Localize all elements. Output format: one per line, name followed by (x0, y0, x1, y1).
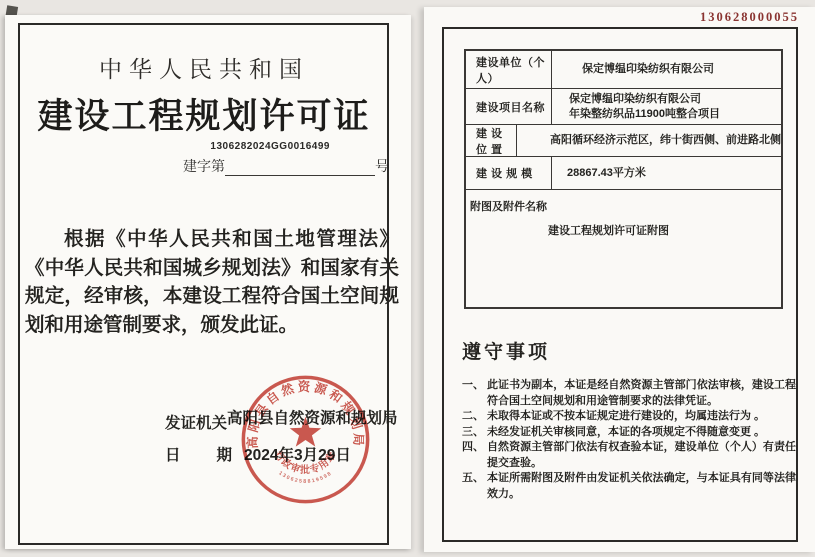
note-number: 一、 (462, 378, 484, 394)
permit-detail-page: 130628000055 建设单位（个人） 保定博缊印染纺织有限公司 建设项目名… (424, 7, 815, 552)
compliance-notes-list: 一、 此证书为副本，本证是经自然资源主管部门依法审核，建设工程符合国土空间规划和… (462, 378, 796, 502)
table-row: 建 设 规 模 28867.43平方米 (466, 157, 781, 190)
official-seal: 高阳县自然资源和规划局 行政审批专用章 1306258819598 (233, 367, 378, 512)
page-serial-number: 130628000055 (700, 10, 799, 25)
row-label: 建 设 位 置 (466, 125, 517, 156)
table-row: 建设项目名称 保定博缊印染纺织有限公司 年染整纺织品11900吨整合项目 (466, 89, 781, 125)
scanned-permit-document: 中华人民共和国 建设工程规划许可证 1306282024GG0016499 建字… (0, 0, 815, 557)
number-blank-underline (225, 162, 375, 176)
note-item: 三、 未经发证机关审核同意，本证的各项规定不得随意变更 。 (462, 425, 796, 441)
note-item: 四、 自然资源主管部门依法有权查验本证，建设单位（个人）有责任提交查验。 (462, 440, 796, 471)
country-title: 中华人民共和国 (18, 51, 390, 84)
table-row: 建 设 位 置 高阳循环经济示范区，纬十街西侧、前进路北侧 (466, 125, 781, 157)
note-item: 五、 本证所需附图及附件由发证机关依法确定，与本证具有同等法律效力。 (462, 471, 796, 502)
row-value: 保定博缊印染纺织有限公司 (582, 62, 781, 77)
note-text: 自然资源主管部门依法有权查验本证，建设单位（个人）有责任提交查验。 (487, 441, 796, 469)
info-table: 建设单位（个人） 保定博缊印染纺织有限公司 建设项目名称 保定博缊印染纺织有限公… (464, 49, 783, 309)
certificate-title: 建设工程规划许可证 (18, 89, 390, 139)
row-value-line2: 年染整纺织品11900吨整合项目 (569, 107, 781, 122)
number-prefix: 建字第 (183, 160, 225, 175)
issuer-label: 发证机关 (165, 415, 227, 432)
compliance-notes-title: 遵守事项 (462, 337, 550, 364)
row-label: 建设单位（个人） (466, 51, 552, 88)
note-text: 未经发证机关审核同意，本证的各项规定不得随意变更 。 (487, 426, 765, 438)
note-item: 一、 此证书为副本，本证是经自然资源主管部门依法审核，建设工程符合国土空间规划和… (462, 378, 796, 409)
row-value: 保定博缊印染纺织有限公司 (569, 92, 781, 107)
attachment-label: 附图及附件名称 (470, 198, 547, 214)
attachment-value: 建设工程规划许可证附图 (548, 222, 669, 238)
certificate-body-paragraph: 根据《中华人民共和国土地管理法》《中华人民共和国城乡规划法》和国家有关规定，经审… (25, 225, 399, 339)
permit-cover-page: 中华人民共和国 建设工程规划许可证 1306282024GG0016499 建字… (5, 15, 411, 549)
date-label-right: 期 (217, 447, 233, 464)
row-label: 建设项目名称 (466, 89, 552, 124)
row-value: 高阳循环经济示范区，纬十街西侧、前进路北侧 (550, 133, 781, 148)
note-item: 二、 未取得本证或不按本证规定进行建设的，均属违法行为 。 (462, 409, 796, 425)
attachment-section: 附图及附件名称 建设工程规划许可证附图 (466, 190, 781, 307)
note-text: 本证所需附图及附件由发证机关依法确定，与本证具有同等法律效力。 (487, 472, 796, 500)
row-value: 28867.43平方米 (567, 166, 781, 181)
seal-star-icon (290, 417, 321, 447)
note-number: 五、 (462, 471, 484, 487)
note-number: 四、 (462, 440, 484, 456)
note-text: 此证书为副本，本证是经自然资源主管部门依法审核，建设工程符合国土空间规划和用途管… (487, 379, 796, 407)
row-label: 建 设 规 模 (466, 157, 552, 189)
note-number: 二、 (462, 409, 484, 425)
certificate-number-line: 建字第号 (183, 156, 389, 176)
table-row: 建设单位（个人） 保定博缊印染纺织有限公司 (466, 51, 781, 89)
note-text: 未取得本证或不按本证规定进行建设的，均属违法行为 。 (487, 410, 765, 422)
date-label-left: 日 (165, 447, 181, 464)
certificate-code: 1306282024GG0016499 (18, 141, 330, 152)
note-number: 三、 (462, 425, 484, 441)
number-suffix: 号 (375, 160, 389, 175)
